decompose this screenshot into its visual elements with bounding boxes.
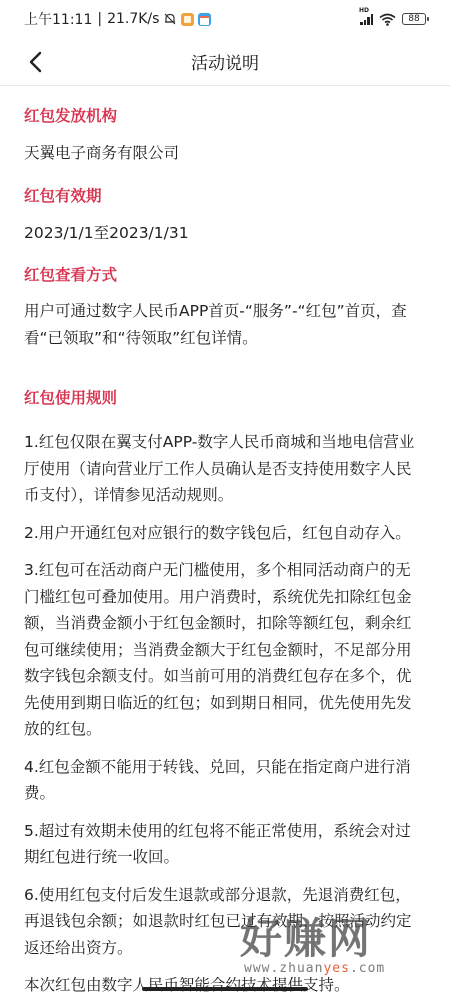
section-text-view-method: 用户可通过数字人民币APP首页-“服务”-“红包”首页，查看“已领取”和“待领取…: [24, 298, 426, 351]
network-speed: 21.7K/s: [107, 11, 159, 27]
section-title-usage-rules: 红包使用规则: [24, 387, 426, 409]
status-bar: 上午11:11 | 21.7K/s HD 88: [0, 0, 450, 38]
status-time: 上午11:11: [24, 9, 92, 29]
mute-bell-icon: [163, 12, 177, 26]
rule-item-5: 5.超过有效期未使用的红包将不能正常使用，系统会对过期红包进行统一收回。: [24, 818, 426, 871]
back-button[interactable]: [22, 48, 50, 76]
status-right: HD 88: [360, 13, 426, 26]
notes-app-icon: [181, 13, 194, 26]
chevron-left-icon: [28, 51, 44, 73]
battery-level: 88: [408, 14, 419, 24]
battery-icon: 88: [402, 13, 426, 25]
rule-item-3: 3.红包可在活动商户无门槛使用，多个相同活动商户的无门槛红包可叠加使用。用户消费…: [24, 557, 426, 743]
status-left: 上午11:11 | 21.7K/s: [24, 9, 211, 29]
rule-item-2: 2.用户开通红包对应银行的数字钱包后，红包自动存入。: [24, 520, 426, 547]
rule-item-6: 6.使用红包支付后发生退款或部分退款，先退消费红包，再退钱包余额；如退款时红包已…: [24, 882, 426, 962]
activity-description: 红包发放机构 天翼电子商务有限公司 红包有效期 2023/1/1至2023/1/…: [0, 87, 450, 999]
section-text-validity: 2023/1/1至2023/1/31: [24, 220, 426, 247]
hd-label: HD: [359, 7, 369, 14]
section-title-issuer: 红包发放机构: [24, 105, 426, 127]
nav-bar: 活动说明: [0, 38, 450, 86]
calendar-app-icon: [198, 13, 211, 26]
home-indicator[interactable]: [142, 987, 308, 991]
wifi-icon: [379, 13, 396, 26]
footer-note: 本次红包由数字人民币智能合约技术提供支持。: [24, 972, 426, 999]
section-title-validity: 红包有效期: [24, 185, 426, 207]
section-title-view-method: 红包查看方式: [24, 264, 426, 286]
page-title: 活动说明: [191, 49, 259, 74]
section-text-issuer: 天翼电子商务有限公司: [24, 140, 426, 167]
status-separator: |: [97, 11, 102, 27]
rule-item-1: 1.红包仅限在翼支付APP-数字人民币商城和当地电信营业厅使用（请向营业厅工作人…: [24, 429, 426, 509]
cellular-signal-icon: HD: [360, 13, 373, 25]
rule-item-4: 4.红包金额不能用于转钱、兑回，只能在指定商户进行消费。: [24, 754, 426, 807]
